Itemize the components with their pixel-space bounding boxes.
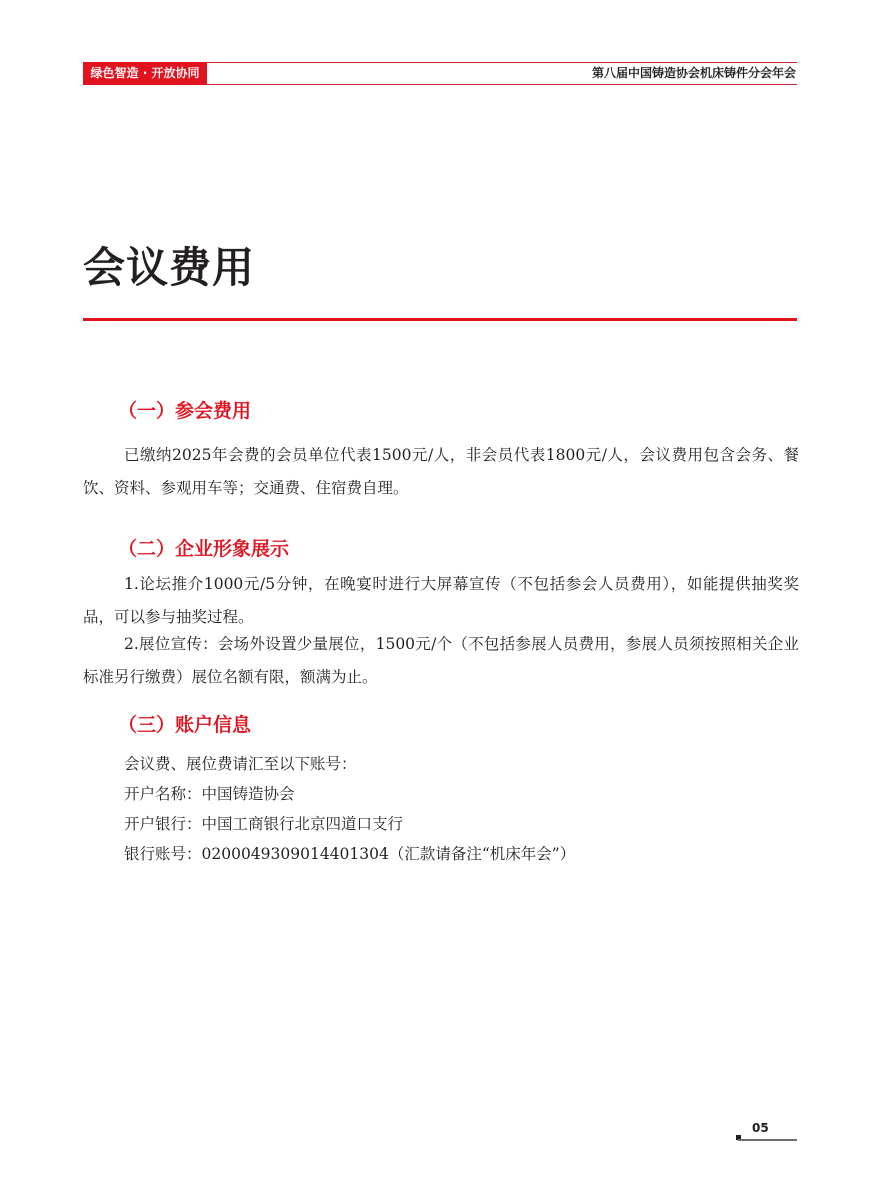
account-number: 银行账号：0200049309014401304（汇款请备注“机床年会”） xyxy=(124,838,575,871)
page-number: 05 xyxy=(752,1121,769,1135)
header-tag: 绿色智造 · 开放协同 xyxy=(83,62,207,85)
promotion-item-1: 1.论坛推介1000元/5分钟，在晚宴时进行大屏幕宣传（不包括参会人员费用），如… xyxy=(83,568,799,634)
header-event-title: 第八届中国铸造协会机床铸件分会年会 xyxy=(592,62,796,85)
section-heading-promotion: （二）企业形象展示 xyxy=(118,536,289,562)
section-heading-fees: （一）参会费用 xyxy=(118,398,251,424)
account-bank: 开户银行：中国工商银行北京四道口支行 xyxy=(124,808,403,841)
page-number-rule xyxy=(738,1139,797,1141)
title-divider xyxy=(83,318,797,321)
fees-paragraph: 已缴纳2025年会费的会员单位代表1500元/人，非会员代表1800元/人，会议… xyxy=(83,439,799,505)
section-heading-account: （三）账户信息 xyxy=(118,712,251,738)
account-name: 开户名称：中国铸造协会 xyxy=(124,778,295,811)
page-title: 会议费用 xyxy=(83,240,255,296)
promotion-item-2: 2.展位宣传：会场外设置少量展位，1500元/个（不包括参展人员费用，参展人员须… xyxy=(83,628,799,694)
account-intro: 会议费、展位费请汇至以下账号： xyxy=(124,748,357,781)
